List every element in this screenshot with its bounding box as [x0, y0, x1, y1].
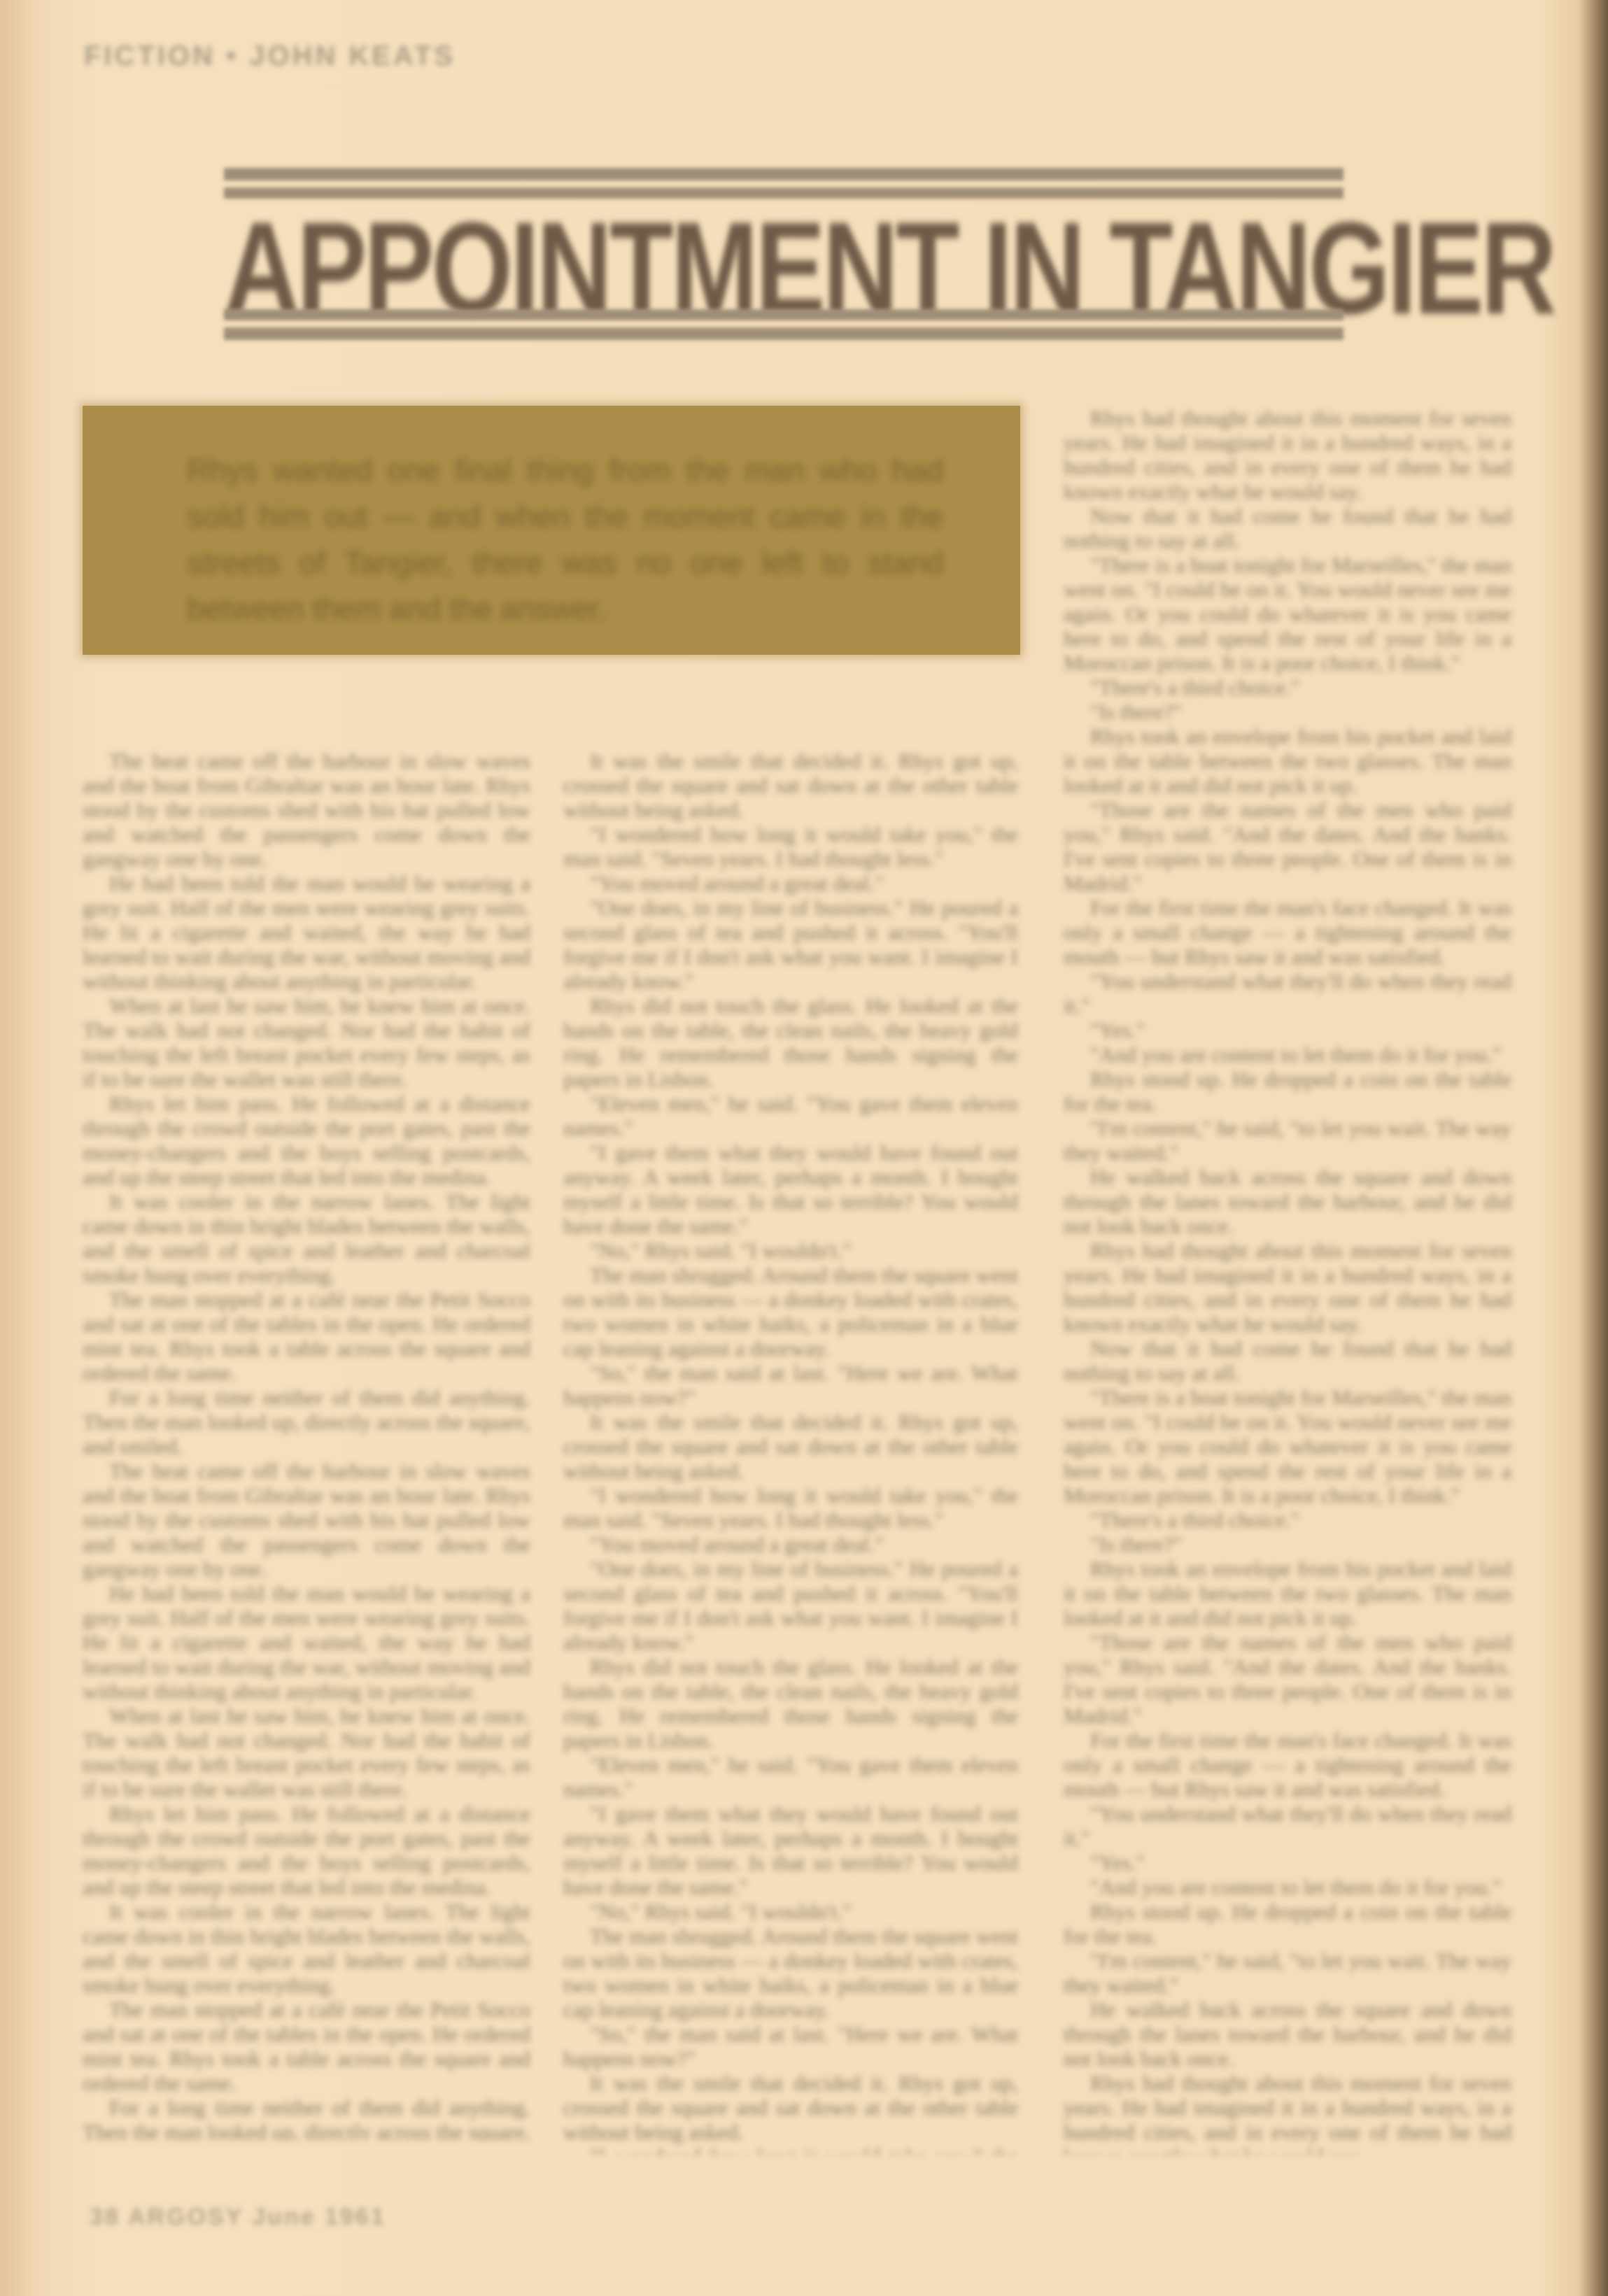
- body-paragraph: Rhys let him pass. He followed at a dist…: [83, 1801, 530, 1899]
- body-paragraph: "You understand what they'll do when the…: [1064, 1801, 1511, 1850]
- body-paragraph: "Those are the names of the men who paid…: [1064, 1630, 1511, 1728]
- title-rule: [224, 309, 1343, 320]
- body-paragraph: "I gave them what they would have found …: [563, 1801, 1018, 1899]
- body-paragraph: "And you are content to let them do it f…: [1064, 1042, 1511, 1067]
- body-paragraph: It was the smile that decided it. Rhys g…: [563, 749, 1018, 822]
- body-paragraph: The man shrugged. Around them the square…: [563, 1924, 1018, 2022]
- body-paragraph: "Those are the names of the men who paid…: [1064, 798, 1511, 895]
- body-paragraph: "So," the man said at last. "Here we are…: [563, 1361, 1018, 1410]
- body-paragraph: For the first time the man's face change…: [1064, 1728, 1511, 1801]
- body-paragraph: Rhys had thought about this moment for s…: [1064, 406, 1511, 504]
- body-paragraph: "And you are content to let them do it f…: [1064, 1875, 1511, 1899]
- body-paragraph: Now that it had come he found that he ha…: [1064, 504, 1511, 553]
- body-paragraph: "So," the man said at last. "Here we are…: [563, 2022, 1018, 2071]
- body-paragraph: "There is a boat tonight for Marseilles,…: [1064, 1385, 1511, 1508]
- body-paragraph: The heat came off the harbour in slow wa…: [83, 749, 530, 871]
- body-paragraph: "I gave them what they would have found …: [563, 1140, 1018, 1238]
- body-paragraph: "Yes.": [1064, 1018, 1511, 1042]
- title-rule: [224, 168, 1343, 180]
- body-paragraph: He had been told the man would be wearin…: [83, 871, 530, 993]
- body-paragraph: "One does, in my line of business." He p…: [563, 895, 1018, 993]
- body-paragraph: "You understand what they'll do when the…: [1064, 969, 1511, 1018]
- body-paragraph: Rhys had thought about this moment for s…: [1064, 2071, 1511, 2155]
- body-paragraph: Now that it had come he found that he ha…: [1064, 1336, 1511, 1385]
- body-paragraph: "Yes.": [1064, 1850, 1511, 1875]
- text-column-2: It was the smile that decided it. Rhys g…: [563, 749, 1018, 2155]
- body-paragraph: The man stopped at a café near the Petit…: [83, 1287, 530, 1385]
- body-paragraph: "Is there?": [1064, 700, 1511, 724]
- body-paragraph: "You moved around a great deal.": [563, 871, 1018, 895]
- body-paragraph: "Eleven men," he said. "You gave them el…: [563, 1752, 1018, 1801]
- body-paragraph: It was cooler in the narrow lanes. The l…: [83, 1189, 530, 1287]
- body-paragraph: "There's a third choice.": [1064, 675, 1511, 700]
- body-paragraph: When at last he saw him, he knew him at …: [83, 1703, 530, 1801]
- body-paragraph: "I wondered how long it would take you,"…: [563, 822, 1018, 871]
- body-paragraph: "There's a third choice.": [1064, 1508, 1511, 1532]
- body-paragraph: It was cooler in the narrow lanes. The l…: [83, 1899, 530, 1997]
- body-paragraph: Rhys did not touch the glass. He looked …: [563, 1654, 1018, 1752]
- body-paragraph: He walked back across the square and dow…: [1064, 1997, 1511, 2071]
- body-paragraph: Rhys stood up. He dropped a coin on the …: [1064, 1899, 1511, 1948]
- title-rule: [224, 327, 1343, 340]
- body-paragraph: For a long time neither of them did anyt…: [83, 1385, 530, 1459]
- deck-box: Rhys wanted one final thing from the man…: [83, 406, 1020, 655]
- body-paragraph: "You moved around a great deal.": [563, 1532, 1018, 1557]
- body-paragraph: Rhys took an envelope from his pocket an…: [1064, 724, 1511, 798]
- body-paragraph: "No," Rhys said. "I wouldn't.": [563, 1238, 1018, 1263]
- body-paragraph: "I wondered how long it would take you,"…: [563, 1483, 1018, 1532]
- body-paragraph: "No," Rhys said. "I wouldn't.": [563, 1899, 1018, 1924]
- body-paragraph: Rhys let him pass. He followed at a dist…: [83, 1091, 530, 1189]
- deck-text: Rhys wanted one final thing from the man…: [188, 448, 943, 632]
- body-paragraph: Rhys did not touch the glass. He looked …: [563, 993, 1018, 1091]
- body-paragraph: Rhys had thought about this moment for s…: [1064, 1238, 1511, 1336]
- body-paragraph: "I'm content," he said, "to let you wait…: [1064, 1948, 1511, 1997]
- body-paragraph: For a long time neither of them did anyt…: [83, 2095, 530, 2141]
- body-paragraph: "Is there?": [1064, 1532, 1511, 1557]
- body-paragraph: "I wondered how long it would take you,"…: [563, 2144, 1018, 2155]
- text-column-3: Rhys had thought about this moment for s…: [1064, 406, 1511, 2155]
- body-paragraph: For the first time the man's face change…: [1064, 895, 1511, 969]
- body-paragraph: Rhys stood up. He dropped a coin on the …: [1064, 1067, 1511, 1116]
- body-paragraph: "There is a boat tonight for Marseilles,…: [1064, 553, 1511, 675]
- title-block: APPOINTMENT IN TANGIER: [224, 162, 1343, 346]
- body-paragraph: He walked back across the square and dow…: [1064, 1165, 1511, 1238]
- body-paragraph: The man shrugged. Around them the square…: [563, 1263, 1018, 1361]
- text-column-1: The heat came off the harbour in slow wa…: [83, 749, 530, 2141]
- body-paragraph: "One does, in my line of business." He p…: [563, 1557, 1018, 1654]
- body-paragraph: Rhys took an envelope from his pocket an…: [1064, 1557, 1511, 1630]
- body-paragraph: The heat came off the harbour in slow wa…: [83, 1459, 530, 1581]
- body-paragraph: It was the smile that decided it. Rhys g…: [563, 2071, 1018, 2144]
- body-paragraph: "I'm content," he said, "to let you wait…: [1064, 1116, 1511, 1165]
- page-folio: 38 ARGOSY June 1961: [90, 2204, 386, 2231]
- body-paragraph: When at last he saw him, he knew him at …: [83, 993, 530, 1091]
- body-paragraph: It was the smile that decided it. Rhys g…: [563, 1410, 1018, 1483]
- body-paragraph: "Eleven men," he said. "You gave them el…: [563, 1091, 1018, 1140]
- body-paragraph: The man stopped at a café near the Petit…: [83, 1997, 530, 2095]
- byline: FICTION • JOHN KEATS: [84, 41, 456, 72]
- body-paragraph: He had been told the man would be wearin…: [83, 1581, 530, 1703]
